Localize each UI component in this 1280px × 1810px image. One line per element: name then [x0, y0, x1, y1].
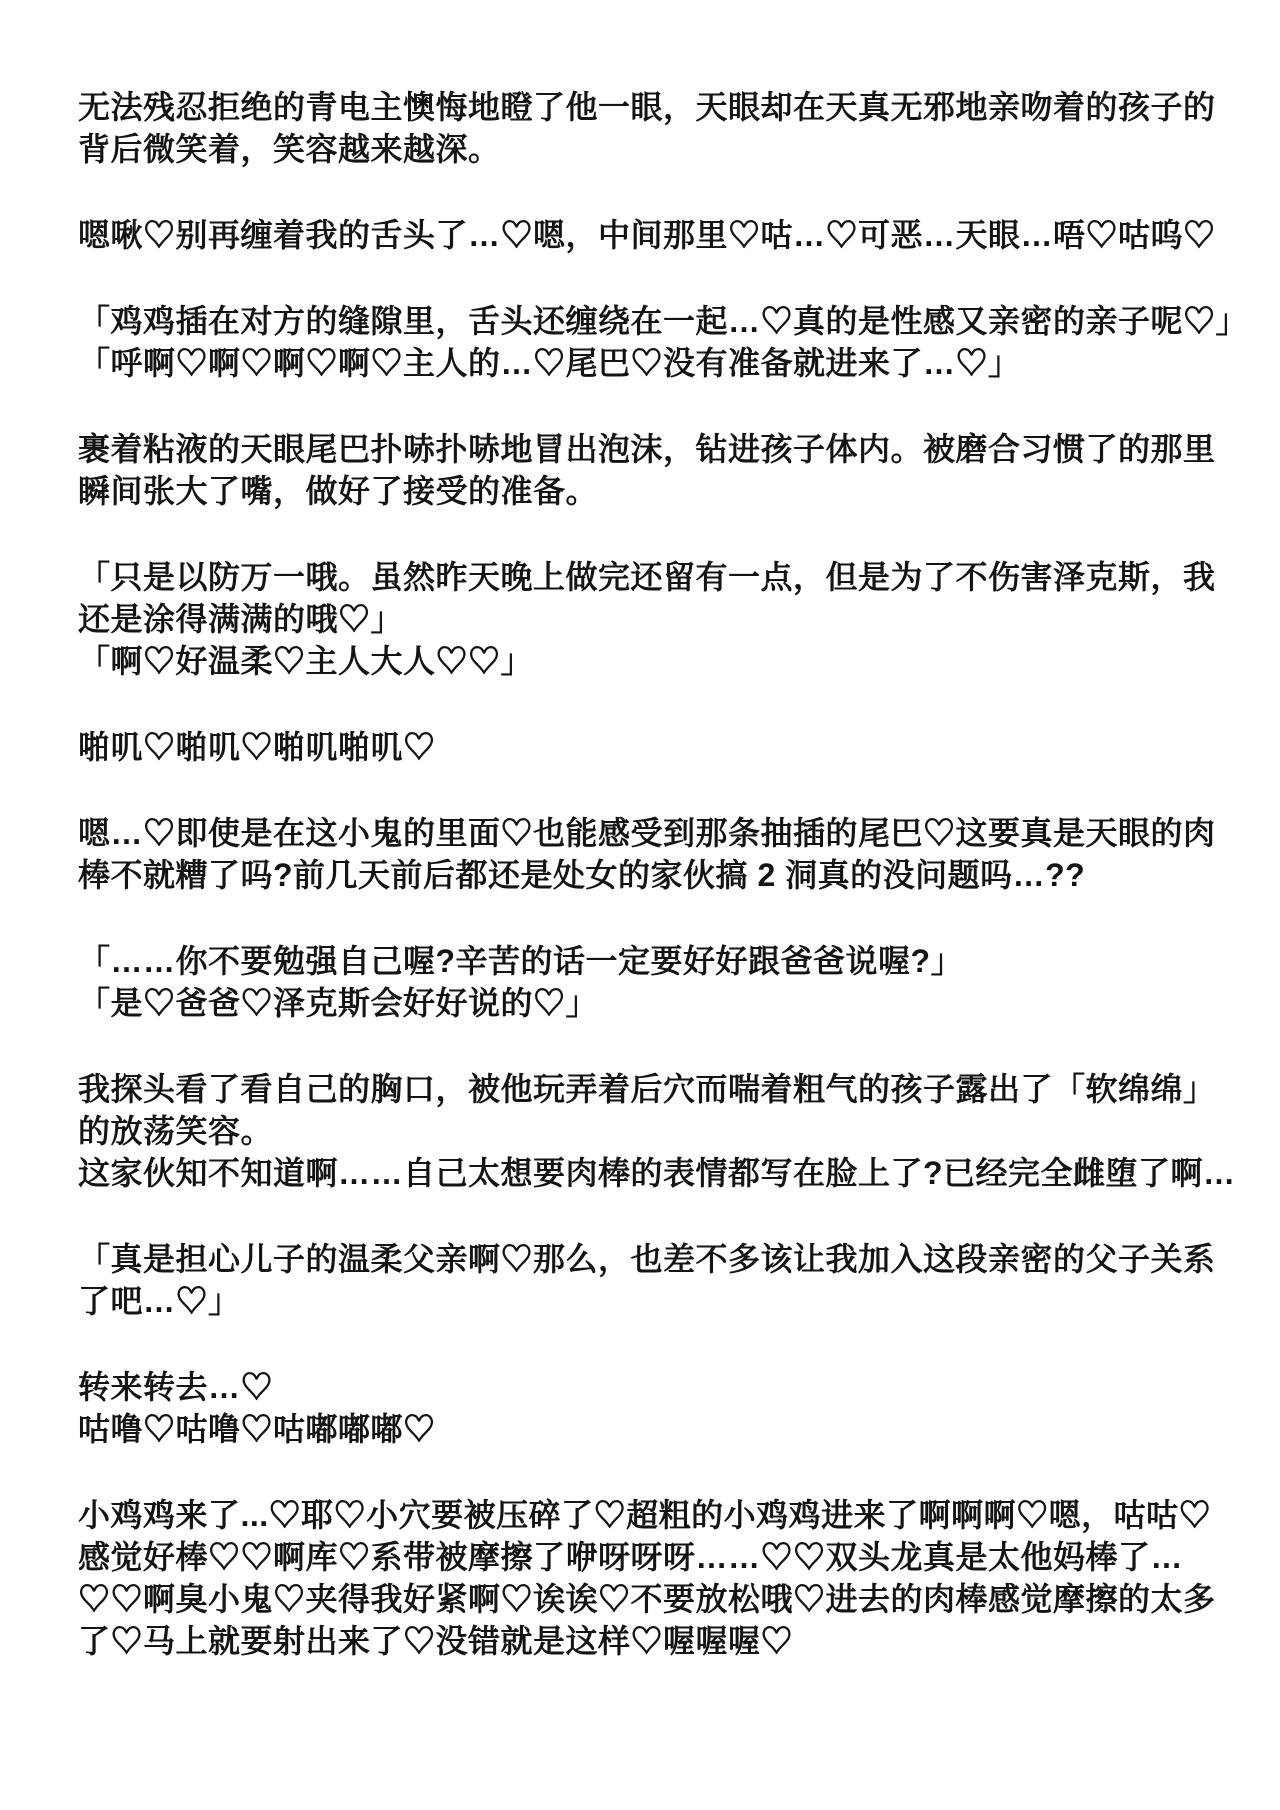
paragraph: 小鸡鸡来了...♡耶♡小穴要被压碎了♡超粗的小鸡鸡进来了啊啊啊♡嗯，咕咕♡感觉好…: [78, 1494, 1236, 1662]
text-line: 转来转去…♡: [78, 1366, 1236, 1408]
text-line: 「呼啊♡啊♡啊♡啊♡主人的…♡尾巴♡没有准备就进来了…♡」: [78, 342, 1236, 384]
paragraph: 「……你不要勉强自己喔?辛苦的话一定要好好跟爸爸说喔?」 「是♡爸爸♡泽克斯会好…: [78, 940, 1236, 1024]
text-line: 「……你不要勉强自己喔?辛苦的话一定要好好跟爸爸说喔?」: [78, 940, 1236, 982]
text-line: 「鸡鸡插在对方的缝隙里，舌头还缠绕在一起…♡真的是性感又亲密的亲子呢♡」: [78, 300, 1236, 342]
text-line: 啪叽♡啪叽♡啪叽啪叽♡: [78, 726, 1236, 768]
paragraph: 裹着粘液的天眼尾巴扑哧扑哧地冒出泡沫，钻进孩子体内。被磨合习惯了的那里瞬间张大了…: [78, 428, 1236, 512]
text-line: 咕噜♡咕噜♡咕嘟嘟嘟♡: [78, 1408, 1236, 1450]
paragraph: 啪叽♡啪叽♡啪叽啪叽♡: [78, 726, 1236, 768]
text-line: 嗯…♡即使是在这小鬼的里面♡也能感受到那条抽插的尾巴♡这要真是天眼的肉棒不就糟了…: [78, 812, 1236, 896]
paragraph: 转来转去…♡ 咕噜♡咕噜♡咕嘟嘟嘟♡: [78, 1366, 1236, 1450]
text-line: 「真是担心儿子的温柔父亲啊♡那么，也差不多该让我加入这段亲密的父子关系了吧…♡」: [78, 1238, 1236, 1322]
text-line: 嗯啾♡别再缠着我的舌头了…♡嗯，中间那里♡咕…♡可恶…天眼…唔♡咕呜♡: [78, 214, 1236, 256]
text-line: 我探头看了看自己的胸口，被他玩弄着后穴而喘着粗气的孩子露出了「软绵绵」的放荡笑容…: [78, 1068, 1236, 1152]
document-body: 无法残忍拒绝的青电主懊悔地瞪了他一眼，天眼却在天真无邪地亲吻着的孩子的背后微笑着…: [0, 0, 1280, 1810]
text-line: 「只是以防万一哦。虽然昨天晚上做完还留有一点，但是为了不伤害泽克斯，我还是涂得满…: [78, 556, 1236, 640]
paragraph: 嗯啾♡别再缠着我的舌头了…♡嗯，中间那里♡咕…♡可恶…天眼…唔♡咕呜♡: [78, 214, 1236, 256]
text-line: 裹着粘液的天眼尾巴扑哧扑哧地冒出泡沫，钻进孩子体内。被磨合习惯了的那里瞬间张大了…: [78, 428, 1236, 512]
paragraph: 「真是担心儿子的温柔父亲啊♡那么，也差不多该让我加入这段亲密的父子关系了吧…♡」: [78, 1238, 1236, 1322]
paragraph: 「鸡鸡插在对方的缝隙里，舌头还缠绕在一起…♡真的是性感又亲密的亲子呢♡」 「呼啊…: [78, 300, 1236, 384]
text-line: 这家伙知不知道啊……自己太想要肉棒的表情都写在脸上了?已经完全雌堕了啊…: [78, 1152, 1236, 1194]
text-line: 「是♡爸爸♡泽克斯会好好说的♡」: [78, 982, 1236, 1024]
text-line: 「啊♡好温柔♡主人大人♡♡」: [78, 640, 1236, 682]
paragraph: 「只是以防万一哦。虽然昨天晚上做完还留有一点，但是为了不伤害泽克斯，我还是涂得满…: [78, 556, 1236, 682]
paragraph: 我探头看了看自己的胸口，被他玩弄着后穴而喘着粗气的孩子露出了「软绵绵」的放荡笑容…: [78, 1068, 1236, 1194]
paragraph: 嗯…♡即使是在这小鬼的里面♡也能感受到那条抽插的尾巴♡这要真是天眼的肉棒不就糟了…: [78, 812, 1236, 896]
text-line: 小鸡鸡来了...♡耶♡小穴要被压碎了♡超粗的小鸡鸡进来了啊啊啊♡嗯，咕咕♡感觉好…: [78, 1494, 1236, 1662]
paragraph: 无法残忍拒绝的青电主懊悔地瞪了他一眼，天眼却在天真无邪地亲吻着的孩子的背后微笑着…: [78, 86, 1236, 170]
text-line: 无法残忍拒绝的青电主懊悔地瞪了他一眼，天眼却在天真无邪地亲吻着的孩子的背后微笑着…: [78, 86, 1236, 170]
